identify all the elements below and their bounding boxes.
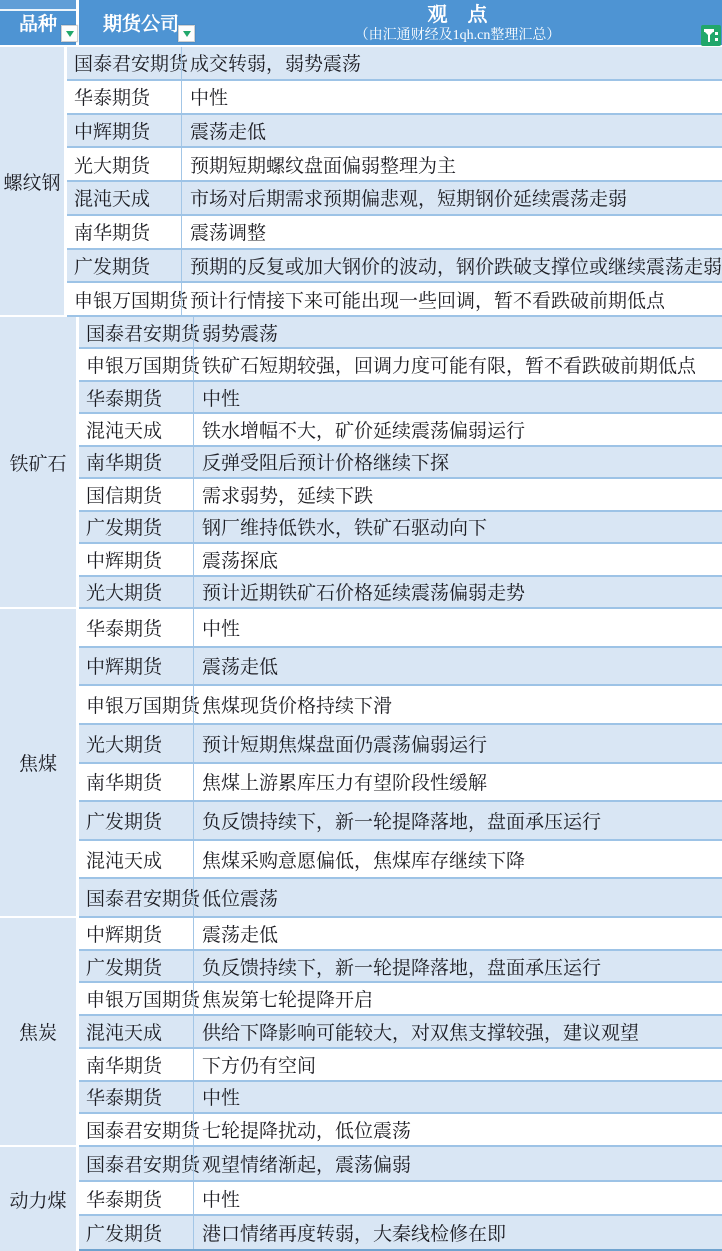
table-row: 华泰期货中性: [79, 382, 722, 414]
viewpoint-cell: 供给下降影响可能较大，对双焦支撑较强，建议观望: [193, 1016, 722, 1047]
table-row: 申银万国期货焦炭第七轮提降开启: [79, 983, 722, 1016]
viewpoint-cell: 预计行情接下来可能出现一些回调，暂不看跌破前期低点: [181, 283, 722, 315]
viewpoint-column-header: 观 点: [428, 3, 488, 27]
company-cell: 国泰君安期货: [67, 47, 181, 79]
variety-cell: 焦煤: [0, 609, 79, 918]
table-row: 混沌天成铁水增幅不大，矿价延续震荡偏弱运行: [79, 414, 722, 446]
company-cell: 广发期货: [79, 951, 193, 982]
viewpoint-cell: 下方仍有空间: [193, 1049, 722, 1080]
chevron-down-icon: [66, 31, 74, 41]
table-row: 华泰期货中性: [79, 1082, 722, 1115]
table-row: 中辉期货震荡走低: [67, 115, 722, 149]
company-cell: 广发期货: [79, 512, 193, 542]
table-header: 品种 期货公司 观 点 （由汇通财经及1qh.cn整理汇总）: [0, 0, 722, 47]
table-row: 广发期货钢厂维持低铁水，铁矿石驱动向下: [79, 512, 722, 544]
table-row: 申银万国期货焦煤现货价格持续下滑: [79, 686, 722, 725]
table-row: 国泰君安期货观望情绪渐起，震荡偏弱: [79, 1147, 722, 1182]
table-row: 混沌天成焦煤采购意愿偏低，焦煤库存继续下降: [79, 841, 722, 880]
company-cell: 混沌天成: [79, 1016, 193, 1047]
funnel-filter-icon[interactable]: [701, 25, 721, 46]
variety-label: 螺纹钢: [3, 168, 60, 195]
company-cell: 广发期货: [67, 250, 181, 282]
variety-label: 铁矿石: [9, 449, 66, 476]
chevron-down-icon: [183, 31, 191, 41]
header-cell-variety: 品种: [0, 0, 79, 45]
table-row: 南华期货反弹受阻后预计价格继续下探: [79, 447, 722, 479]
table-row: 华泰期货中性: [79, 1182, 722, 1217]
table-row: 光大期货预计短期焦煤盘面仍震荡偏弱运行: [79, 725, 722, 764]
company-cell: 中辉期货: [67, 115, 181, 147]
table-row: 国泰君安期货弱势震荡: [79, 317, 722, 349]
viewpoint-cell: 中性: [181, 81, 722, 113]
table-row: 中辉期货震荡走低: [79, 918, 722, 951]
viewpoint-cell: 中性: [193, 1182, 722, 1215]
company-cell: 华泰期货: [79, 382, 193, 412]
header-corner-line: [0, 9, 76, 11]
company-cell: 申银万国期货: [79, 686, 193, 723]
viewpoint-cell: 观望情绪渐起，震荡偏弱: [193, 1147, 722, 1180]
viewpoint-cell: 震荡走低: [193, 918, 722, 949]
table-row: 广发期货负反馈持续下，新一轮提降落地，盘面承压运行: [79, 802, 722, 841]
table-row: 华泰期货中性: [79, 609, 722, 648]
header-corner-strip: [0, 0, 76, 9]
company-cell: 国泰君安期货: [79, 317, 193, 347]
section-rows: 国泰君安期货成交转弱，弱势震荡华泰期货中性中辉期货震荡走低光大期货预期短期螺纹盘…: [67, 47, 722, 317]
variety-cell: 动力煤: [0, 1147, 79, 1251]
company-cell: 华泰期货: [67, 81, 181, 113]
table-row: 华泰期货中性: [67, 81, 722, 115]
company-cell: 广发期货: [79, 802, 193, 839]
viewpoint-cell: 焦煤采购意愿偏低，焦煤库存继续下降: [193, 841, 722, 878]
viewpoint-cell: 铁水增幅不大，矿价延续震荡偏弱运行: [193, 414, 722, 444]
table-row: 南华期货震荡调整: [67, 216, 722, 250]
table-row: 中辉期货震荡走低: [79, 648, 722, 687]
viewpoint-cell: 震荡走低: [181, 115, 722, 147]
company-cell: 申银万国期货: [67, 283, 181, 315]
viewpoint-cell: 焦煤现货价格持续下滑: [193, 686, 722, 723]
variety-section: 铁矿石国泰君安期货弱势震荡申银万国期货铁矿石短期较强，回调力度可能有限，暂不看跌…: [0, 317, 722, 609]
company-cell: 国信期货: [79, 479, 193, 509]
company-cell: 中辉期货: [79, 544, 193, 574]
viewpoint-cell: 反弹受阻后预计价格继续下探: [193, 447, 722, 477]
table-row: 国信期货需求弱势，延续下跌: [79, 479, 722, 511]
viewpoint-cell: 需求弱势，延续下跌: [193, 479, 722, 509]
viewpoint-cell: 震荡探底: [193, 544, 722, 574]
viewpoint-cell: 低位震荡: [193, 879, 722, 916]
viewpoint-cell: 中性: [193, 1082, 722, 1113]
company-cell: 南华期货: [79, 764, 193, 801]
viewpoint-cell: 预期短期螺纹盘面偏弱整理为主: [181, 148, 722, 180]
variety-label: 动力煤: [9, 1186, 66, 1213]
company-cell: 混沌天成: [79, 841, 193, 878]
variety-filter-dropdown-button[interactable]: [61, 25, 78, 42]
viewpoint-cell: 中性: [193, 382, 722, 412]
viewpoint-cell: 港口情绪再度转弱，大秦线检修在即: [193, 1216, 722, 1249]
company-column-header: 期货公司: [103, 9, 179, 36]
viewpoint-cell: 预期的反复或加大钢价的波动，钢价跌破支撑位或继续震荡走弱: [181, 250, 722, 282]
company-cell: 中辉期货: [79, 648, 193, 685]
table-body: 螺纹钢国泰君安期货成交转弱，弱势震荡华泰期货中性中辉期货震荡走低光大期货预期短期…: [0, 47, 722, 1251]
futures-opinion-table: 品种 期货公司 观 点 （由汇通财经及1qh.cn整理汇总） 螺纹钢国泰君安期货…: [0, 0, 722, 1251]
viewpoint-cell: 预计短期焦煤盘面仍震荡偏弱运行: [193, 725, 722, 762]
table-row: 申银万国期货预计行情接下来可能出现一些回调，暂不看跌破前期低点: [67, 283, 722, 317]
company-cell: 华泰期货: [79, 1082, 193, 1113]
company-cell: 南华期货: [79, 1049, 193, 1080]
company-cell: 光大期货: [79, 725, 193, 762]
variety-cell: 焦炭: [0, 918, 79, 1147]
table-row: 南华期货下方仍有空间: [79, 1049, 722, 1082]
table-row: 申银万国期货铁矿石短期较强，回调力度可能有限，暂不看跌破前期低点: [79, 349, 722, 381]
section-rows: 国泰君安期货观望情绪渐起，震荡偏弱华泰期货中性广发期货港口情绪再度转弱，大秦线检…: [79, 1147, 722, 1251]
viewpoint-cell: 七轮提降扰动，低位震荡: [193, 1114, 722, 1145]
company-cell: 国泰君安期货: [79, 1147, 193, 1180]
company-cell: 混沌天成: [79, 414, 193, 444]
variety-label: 焦炭: [19, 1018, 57, 1045]
variety-cell: 螺纹钢: [0, 47, 67, 317]
table-row: 南华期货焦煤上游累库压力有望阶段性缓解: [79, 764, 722, 803]
viewpoint-cell: 预计近期铁矿石价格延续震荡偏弱走势: [193, 577, 722, 607]
company-cell: 混沌天成: [67, 182, 181, 214]
header-cell-company: 期货公司: [79, 0, 193, 45]
table-row: 国泰君安期货七轮提降扰动，低位震荡: [79, 1114, 722, 1147]
header-cell-viewpoint: 观 点 （由汇通财经及1qh.cn整理汇总）: [193, 0, 722, 45]
table-row: 国泰君安期货成交转弱，弱势震荡: [67, 47, 722, 81]
company-cell: 南华期货: [67, 216, 181, 248]
variety-cell: 铁矿石: [0, 317, 79, 609]
company-cell: 国泰君安期货: [79, 879, 193, 916]
viewpoint-cell: 震荡走低: [193, 648, 722, 685]
viewpoint-cell: 焦炭第七轮提降开启: [193, 983, 722, 1014]
viewpoint-cell: 震荡调整: [181, 216, 722, 248]
viewpoint-cell: 负反馈持续下，新一轮提降落地，盘面承压运行: [193, 802, 722, 839]
viewpoint-cell: 市场对后期需求预期偏悲观，短期钢价延续震荡走弱: [181, 182, 722, 214]
variety-section: 焦煤华泰期货中性中辉期货震荡走低申银万国期货焦煤现货价格持续下滑光大期货预计短期…: [0, 609, 722, 918]
company-cell: 华泰期货: [79, 609, 193, 646]
table-row: 广发期货预期的反复或加大钢价的波动，钢价跌破支撑位或继续震荡走弱: [67, 250, 722, 284]
table-row: 混沌天成供给下降影响可能较大，对双焦支撑较强，建议观望: [79, 1016, 722, 1049]
table-row: 光大期货预计近期铁矿石价格延续震荡偏弱走势: [79, 577, 722, 609]
variety-section: 焦炭中辉期货震荡走低广发期货负反馈持续下，新一轮提降落地，盘面承压运行申银万国期…: [0, 918, 722, 1147]
company-cell: 申银万国期货: [79, 983, 193, 1014]
viewpoint-cell: 弱势震荡: [193, 317, 722, 347]
viewpoint-cell: 铁矿石短期较强，回调力度可能有限，暂不看跌破前期低点: [193, 349, 722, 379]
variety-column-header: 品种: [19, 9, 57, 36]
company-cell: 光大期货: [67, 148, 181, 180]
company-cell: 南华期货: [79, 447, 193, 477]
company-cell: 国泰君安期货: [79, 1114, 193, 1145]
table-row: 广发期货负反馈持续下，新一轮提降落地，盘面承压运行: [79, 951, 722, 984]
viewpoint-cell: 负反馈持续下，新一轮提降落地，盘面承压运行: [193, 951, 722, 982]
viewpoint-source-subtitle: （由汇通财经及1qh.cn整理汇总）: [355, 27, 561, 44]
company-cell: 中辉期货: [79, 918, 193, 949]
table-row: 中辉期货震荡探底: [79, 544, 722, 576]
table-row: 广发期货港口情绪再度转弱，大秦线检修在即: [79, 1216, 722, 1251]
viewpoint-cell: 钢厂维持低铁水，铁矿石驱动向下: [193, 512, 722, 542]
funnel-dot: [715, 32, 718, 35]
table-row: 光大期货预期短期螺纹盘面偏弱整理为主: [67, 148, 722, 182]
section-rows: 华泰期货中性中辉期货震荡走低申银万国期货焦煤现货价格持续下滑光大期货预计短期焦煤…: [79, 609, 722, 918]
section-rows: 国泰君安期货弱势震荡申银万国期货铁矿石短期较强，回调力度可能有限，暂不看跌破前期…: [79, 317, 722, 609]
variety-label: 焦煤: [19, 749, 57, 776]
variety-section: 螺纹钢国泰君安期货成交转弱，弱势震荡华泰期货中性中辉期货震荡走低光大期货预期短期…: [0, 47, 722, 317]
section-rows: 中辉期货震荡走低广发期货负反馈持续下，新一轮提降落地，盘面承压运行申银万国期货焦…: [79, 918, 722, 1147]
viewpoint-cell: 成交转弱，弱势震荡: [181, 47, 722, 79]
company-cell: 华泰期货: [79, 1182, 193, 1215]
company-cell: 广发期货: [79, 1216, 193, 1249]
variety-section: 动力煤国泰君安期货观望情绪渐起，震荡偏弱华泰期货中性广发期货港口情绪再度转弱，大…: [0, 1147, 722, 1251]
funnel-stem: [708, 34, 710, 42]
viewpoint-cell: 中性: [193, 609, 722, 646]
company-cell: 申银万国期货: [79, 349, 193, 379]
viewpoint-cell: 焦煤上游累库压力有望阶段性缓解: [193, 764, 722, 801]
company-cell: 光大期货: [79, 577, 193, 607]
table-row: 混沌天成市场对后期需求预期偏悲观，短期钢价延续震荡走弱: [67, 182, 722, 216]
funnel-dot: [715, 38, 718, 41]
table-row: 国泰君安期货低位震荡: [79, 879, 722, 918]
